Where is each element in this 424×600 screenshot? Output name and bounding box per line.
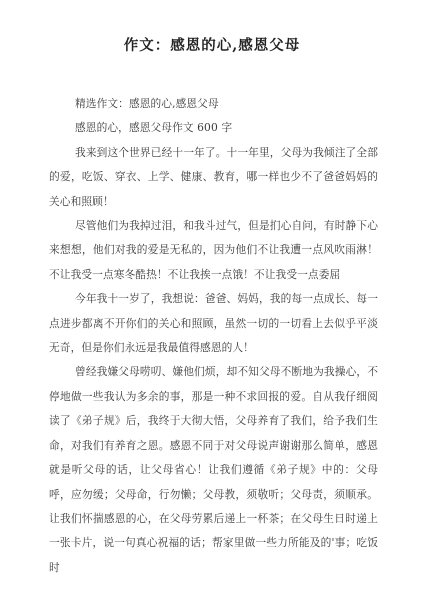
page-title: 作文：感恩的心,感恩父母 bbox=[0, 0, 424, 92]
paragraph-1: 我来到这个世界已经十一年了。十一年里，父母为我倾注了全部的爱，吃饭、穿衣、上学、… bbox=[49, 141, 378, 214]
paragraph-2: 尽管他们为我掉过泪，和我斗过气，但是扪心自问，有时静下心来想想，他们对我的爱是无… bbox=[49, 214, 378, 287]
paragraph-3: 今年我十一岁了，我想说：爸爸、妈妈，我的每一点成长、每一点进步都离不开你们的关心… bbox=[49, 287, 378, 360]
paragraph-4: 曾经我嫌父母唠叨、嫌他们烦，却不知父母不断地为我操心，不停地做一些我认为多余的事… bbox=[49, 360, 378, 580]
document-page: 作文：感恩的心,感恩父母 精选作文：感恩的心,感恩父母 感恩的心，感恩父母作文 … bbox=[0, 0, 424, 600]
document-body: 精选作文：感恩的心,感恩父母 感恩的心，感恩父母作文 600 字 我来到这个世界… bbox=[49, 92, 378, 580]
meta-line-selected-essay: 精选作文：感恩的心,感恩父母 bbox=[49, 92, 378, 116]
meta-line-word-count: 感恩的心，感恩父母作文 600 字 bbox=[49, 116, 378, 140]
